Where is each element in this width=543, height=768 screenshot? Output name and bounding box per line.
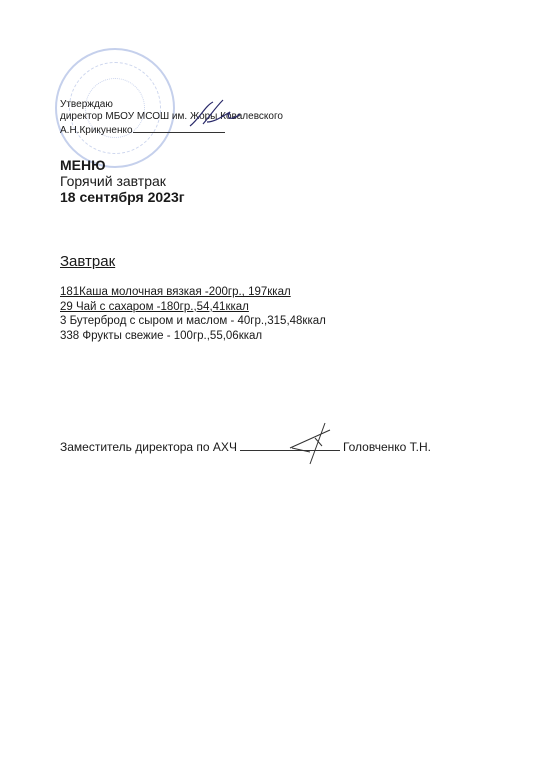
director-signature-icon: [185, 98, 245, 130]
meal-type: Горячий завтрак: [60, 173, 185, 189]
signer-position: Заместитель директора по АХЧ: [60, 440, 237, 454]
menu-header: МЕНЮ Горячий завтрак 18 сентября 2023г: [60, 157, 185, 205]
approver-name: А.Н.Крикуненко: [60, 125, 133, 136]
page-title: МЕНЮ: [60, 157, 185, 173]
menu-item: 29 Чай с сахаром -180гр.,54,41ккал: [60, 300, 326, 315]
menu-item: 181Каша молочная вязкая -200гр., 197ккал: [60, 285, 326, 300]
menu-item: 338 Фрукты свежие - 100гр.,55,06ккал: [60, 329, 326, 344]
approval-label: Утверждаю: [60, 99, 283, 111]
menu-date: 18 сентября 2023г: [60, 189, 185, 205]
menu-list: 181Каша молочная вязкая -200гр., 197ккал…: [60, 285, 326, 343]
menu-item: 3 Бутерброд с сыром и маслом - 40гр.,315…: [60, 314, 326, 329]
approver-position: директор МБОУ МСОШ им. Жоры Ковалевского: [60, 111, 283, 123]
section-title: Завтрак: [60, 253, 115, 270]
signer-name: Головченко Т.Н.: [343, 440, 431, 454]
approval-block: Утверждаю директор МБОУ МСОШ им. Жоры Ко…: [60, 99, 283, 137]
footer-signature-block: Заместитель директора по АХЧГоловченко Т…: [60, 439, 431, 454]
deputy-signature-icon: [280, 418, 350, 468]
